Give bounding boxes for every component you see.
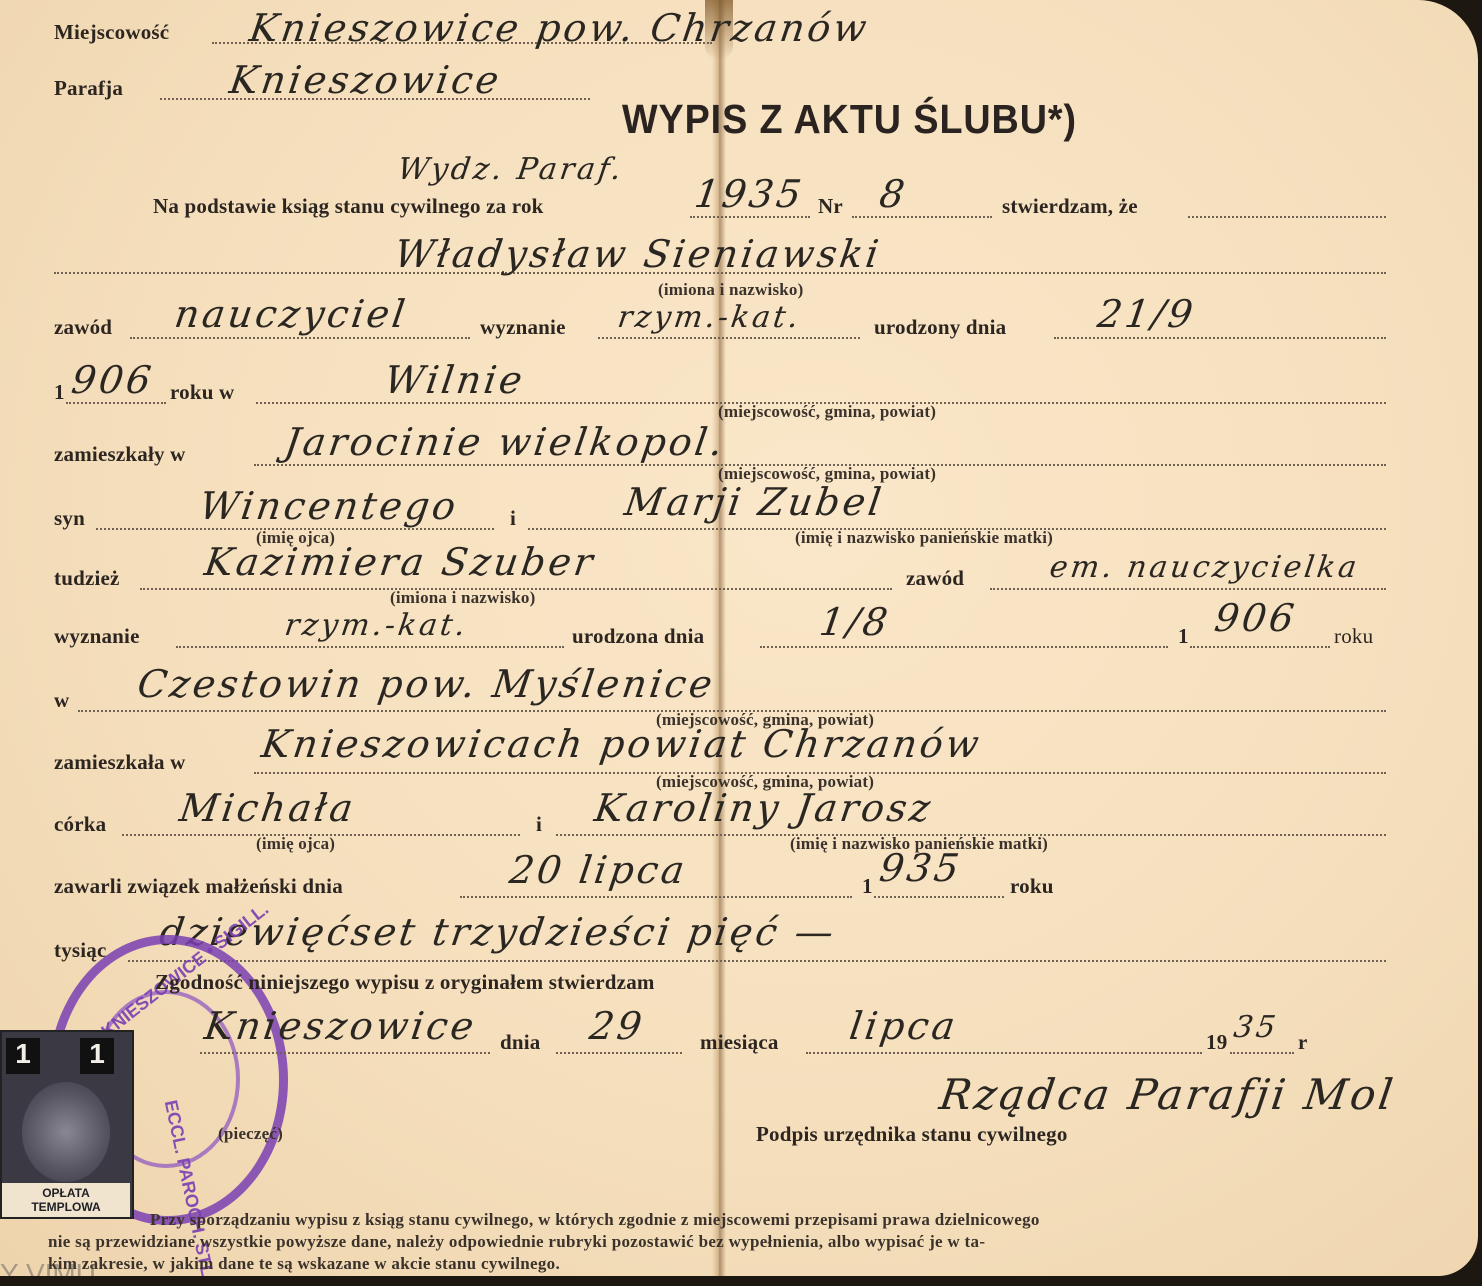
groom-zawod-value: nauczyciel	[172, 292, 411, 336]
bride-wyznanie-label: wyznanie	[54, 624, 140, 649]
rok-value: 1935	[692, 172, 807, 216]
tysiac-label: tysiąc	[54, 938, 107, 963]
bride-residence-value: Knieszowicach powiat Chrzanów	[259, 722, 985, 766]
bride-wyznanie-line	[176, 646, 564, 648]
nr-value: 8	[877, 172, 910, 216]
cert-year-value: 35	[1232, 1010, 1281, 1045]
cert-dnia-label: dnia	[500, 1030, 541, 1055]
groom-year-prefix: 1	[54, 380, 65, 405]
bride-father-caption: (imię ojca)	[256, 834, 335, 854]
groom-urodzony-line	[1054, 337, 1386, 339]
bride-urodzona-line	[760, 646, 1168, 648]
miejscowosc-value: Knieszowice pow. Chrzanów	[247, 6, 872, 50]
groom-name-value: Władysław Sieniawski	[392, 232, 884, 276]
groom-father-value: Wincentego	[197, 484, 461, 528]
marriage-date-line	[460, 896, 852, 898]
groom-mother-caption: (imię i nazwisko panieńskie matki)	[795, 528, 1053, 548]
revenue-value-left: 1	[6, 1038, 40, 1074]
marriage-year-value: 935	[877, 846, 965, 890]
cert-year-prefix: 19	[1206, 1030, 1227, 1055]
bride-zawod-label: zawód	[906, 566, 964, 591]
cert-year-line	[1230, 1052, 1294, 1054]
bride-mother-value: Karoliny Jarosz	[592, 786, 936, 830]
revenue-label: OPŁATA TEMPLOWA	[2, 1183, 130, 1217]
document-title: WYPIS Z AKTU ŚLUBU*)	[622, 96, 1077, 143]
revenue-stamp: 1 1 OPŁATA TEMPLOWA	[0, 1030, 134, 1219]
cert-day-value: 29	[587, 1004, 648, 1048]
marriage-date-value: 20 lipca	[507, 848, 690, 892]
bride-name-value: Kazimiera Szuber	[202, 540, 598, 584]
stwierdzam-label: stwierdzam, że	[1002, 194, 1138, 219]
groom-zamieszkaly-label: zamieszkały w	[54, 442, 186, 467]
eagle-emblem-icon	[22, 1082, 110, 1182]
bride-zawod-line	[990, 588, 1386, 590]
document-page: Miejscowość Knieszowice pow. Chrzanów Pa…	[0, 0, 1478, 1276]
official-signature: Rządca Parafji Mol	[937, 1070, 1399, 1119]
marriage-label: zawarli związek małżeński dnia	[54, 874, 343, 899]
groom-urodzony-label: urodzony dnia	[874, 315, 1006, 340]
footnote-line-1: Przy sporządzaniu wypisu z ksiąg stanu c…	[150, 1210, 1040, 1230]
groom-zawod-line	[130, 337, 470, 339]
groom-roku-w-label: roku w	[170, 380, 234, 405]
bride-w-label: w	[54, 688, 69, 713]
bride-father-value: Michała	[177, 786, 359, 830]
rok-line	[690, 216, 810, 218]
groom-wyznanie-label: wyznanie	[480, 315, 566, 340]
groom-i-label: i	[510, 506, 516, 531]
nr-line	[852, 216, 992, 218]
groom-wyznanie-value: rzym.-kat.	[616, 300, 804, 335]
certification-text: Zgodność niniejszego wypisu z oryginałem…	[155, 970, 655, 995]
parafja-label: Parafja	[54, 76, 123, 101]
year-words-line	[128, 960, 1386, 962]
bride-urodzona-label: urodzona dnia	[572, 624, 704, 649]
bride-zamieszkala-label: zamieszkała w	[54, 750, 186, 775]
groom-name-caption: (imiona i nazwisko)	[658, 280, 803, 300]
cert-place-line	[200, 1052, 490, 1054]
bride-name-caption: (imiona i nazwisko)	[390, 588, 535, 608]
bride-birthdate-value: 1/8	[817, 600, 893, 644]
signature-label: Podpis urzędnika stanu cywilnego	[756, 1122, 1068, 1147]
revenue-label-line1: OPŁATA	[2, 1186, 130, 1200]
parafja-value: Knieszowice	[227, 58, 505, 102]
revenue-value-right: 1	[80, 1038, 114, 1074]
cert-miesiaca-label: miesiąca	[700, 1030, 779, 1055]
nr-label: Nr	[818, 194, 843, 219]
intro-text: Na podstawie ksiąg stanu cywilnego za ro…	[153, 194, 544, 219]
bride-year-prefix: 1	[1178, 624, 1189, 649]
cert-day-line	[556, 1052, 682, 1054]
groom-year-line	[66, 402, 166, 404]
cert-r-label: r	[1298, 1030, 1308, 1055]
watermark: Y VIMU	[0, 1258, 96, 1276]
groom-residence-value: Jarocinie wielkopol.	[282, 420, 728, 464]
groom-wyznanie-line	[598, 337, 860, 339]
revenue-label-line2: TEMPLOWA	[2, 1200, 130, 1214]
bride-i-label: i	[536, 812, 542, 837]
groom-zawod-label: zawód	[54, 315, 112, 340]
pieczec-caption: (pieczęć)	[218, 1124, 283, 1144]
marriage-roku-label: roku	[1010, 874, 1054, 899]
syn-label: syn	[54, 506, 85, 531]
corka-label: córka	[54, 812, 106, 837]
groom-year-value: 906	[69, 358, 157, 402]
bride-wyznanie-value: rzym.-kat.	[283, 608, 471, 643]
groom-birthplace-value: Wilnie	[382, 358, 528, 402]
bride-zawod-value: em. nauczycielka	[1048, 550, 1362, 585]
marriage-year-line	[874, 896, 1004, 898]
cert-month-value: lipca	[847, 1004, 961, 1048]
stwierdzam-line	[1188, 216, 1386, 218]
footnote-line-3: kim zakresie, w jakim dane te są wskazan…	[48, 1254, 560, 1274]
groom-birthdate-value: 21/9	[1095, 292, 1199, 336]
footnote-line-2: nie są przewidziane wszystkie powyższe d…	[48, 1232, 985, 1252]
cert-month-line	[806, 1052, 1202, 1054]
bride-year-line	[1190, 646, 1330, 648]
miejscowosc-label: Miejscowość	[54, 20, 169, 45]
bride-roku-label: roku	[1334, 624, 1373, 649]
groom-mother-value: Marji Zubel	[622, 480, 887, 524]
tudziez-label: tudzież	[54, 566, 120, 591]
bride-birthplace-value: Czestowin pow. Myślenice	[135, 662, 718, 706]
marriage-year-prefix: 1	[862, 874, 873, 899]
cert-place-value: Knieszowice	[202, 1004, 480, 1048]
groom-birthplace-caption: (miejscowość, gmina, powiat)	[718, 402, 936, 422]
wydzial-annotation: Wydz. Paraf.	[396, 152, 627, 187]
bride-year-value: 906	[1212, 596, 1300, 640]
